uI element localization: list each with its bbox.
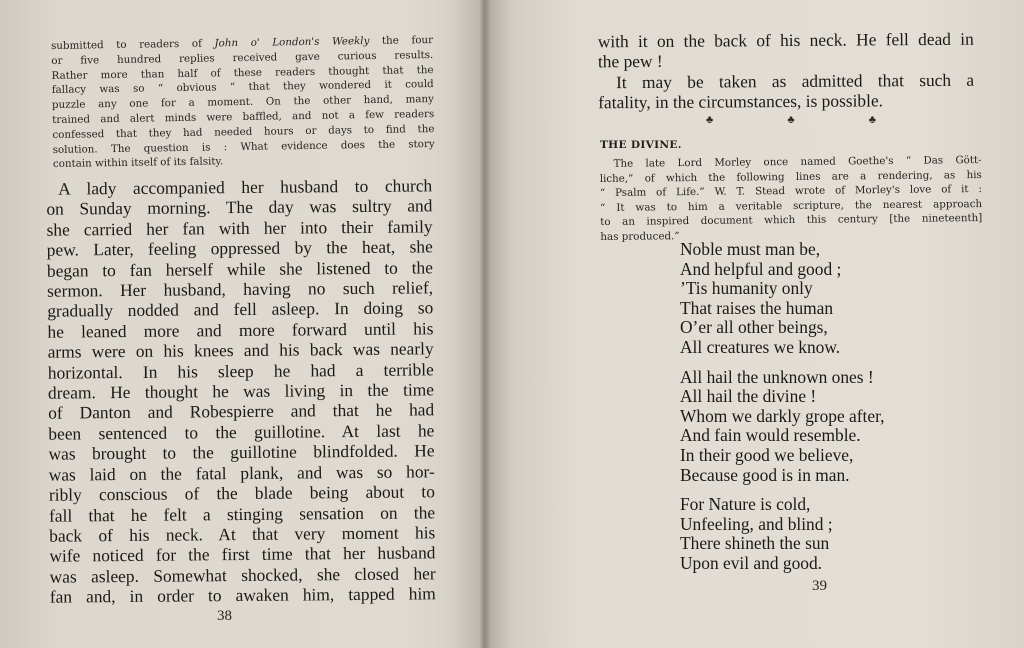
poem-verse: Whom we darkly grope after, [680, 407, 885, 427]
story-line: ribly conscious of the blade being about… [49, 481, 435, 505]
open-book-spread: submitted to readers of John o' London's… [0, 0, 1024, 648]
story-line: pew. Later, feeling oppressed by the hea… [47, 237, 433, 261]
poem-verse: That raises the human [680, 299, 885, 319]
story-paragraph: A lady accompanied her husband to church… [46, 175, 436, 607]
continuation-line: It may be taken as admitted that such a [598, 70, 974, 93]
poem-verse: Noble must man be, [680, 240, 885, 260]
continuation-line: fatality, in the circumstances, is possi… [598, 90, 974, 113]
poem-verse: O’er all other beings, [680, 318, 885, 338]
section-divider: ♣ ♣ ♣ [706, 114, 876, 126]
poem-stanza: For Nature is cold, Unfeeling, and blind… [680, 495, 885, 573]
poem-verse: ’Tis humanity only [680, 279, 885, 299]
page-number-left: 38 [217, 608, 232, 625]
poem-verse: There shineth the sun [680, 534, 885, 554]
ornament-icon: ♣ [706, 114, 713, 126]
poem-verse: All hail the unknown ones ! [680, 368, 885, 388]
poem-verse: Upon evil and good. [680, 554, 885, 574]
page-number-right: 39 [812, 578, 827, 595]
section-heading: THE DIVINE. [600, 139, 682, 151]
poem-verse: Because good is in man. [680, 466, 885, 486]
story-line: fan and, in order to awaken him, tapped … [50, 583, 436, 607]
poem-stanza: All hail the unknown ones ! All hail the… [680, 368, 885, 486]
poem-verse: And helpful and good ; [680, 260, 885, 280]
left-page: submitted to readers of John o' London's… [0, 0, 478, 648]
right-page: with it on the back of his neck. He fell… [486, 0, 1024, 648]
ornament-icon: ♣ [787, 114, 794, 126]
intro-paragraph: submitted to readers of John o' London's… [51, 33, 435, 172]
poem-verse: Unfeeling, and blind ; [680, 515, 885, 535]
poem-verse: For Nature is cold, [680, 495, 885, 515]
poem: Noble must man be, And helpful and good … [680, 240, 885, 584]
poem-stanza: Noble must man be, And helpful and good … [680, 240, 885, 358]
poem-verse: And fain would resemble. [680, 426, 885, 446]
story-line: arms were on his knees and his back was … [48, 339, 434, 363]
continuation-line: the pew ! [598, 49, 974, 72]
continuation-line: with it on the back of his neck. He fell… [598, 29, 974, 52]
ornament-icon: ♣ [869, 114, 876, 126]
poem-verse: In their good we believe, [680, 446, 885, 466]
story-continuation: with it on the back of his neck. He fell… [598, 29, 975, 113]
poem-verse: All hail the divine ! [680, 387, 885, 407]
poem-verse: All creatures we know. [680, 338, 885, 358]
poem-preface: The late Lord Morley once named Goethe's… [600, 153, 983, 245]
